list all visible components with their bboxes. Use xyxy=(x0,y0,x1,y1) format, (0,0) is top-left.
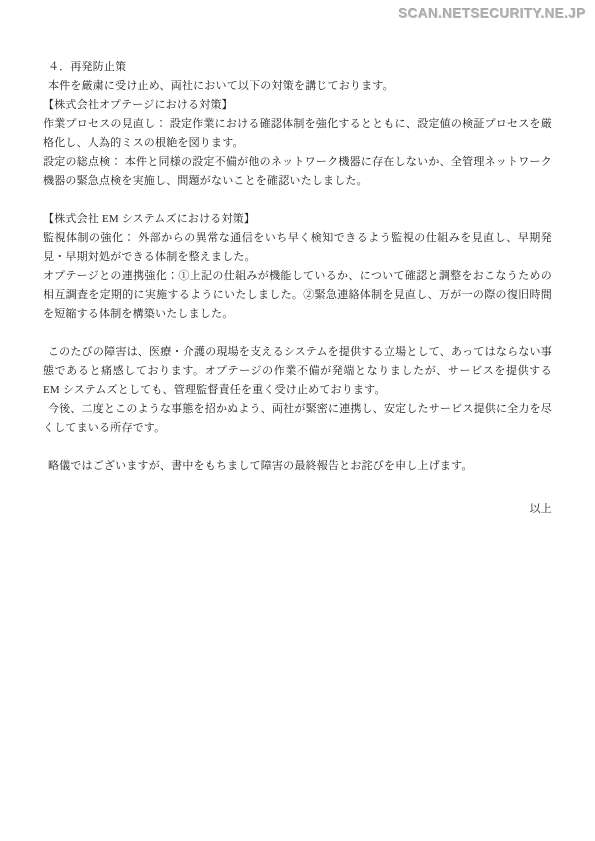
optage-measure-work-process: 作業プロセスの見直し： 設定作業における確認体制を強化するとともに、設定値の検証… xyxy=(43,115,552,153)
closing-paragraph-apology: このたびの障害は、医療・介護の現場を支えるシステムを提供する立場として、あっては… xyxy=(43,343,552,400)
closing-paragraph-commitment: 今後、二度とこのような事態を招かぬよう、両社が緊密に連携し、安定したサービス提供… xyxy=(43,400,552,438)
final-note: 略儀ではございますが、書中をもちまして障害の最終報告とお詫びを申し上げます。 xyxy=(43,457,552,476)
section-heading: ４．再発防止策 xyxy=(43,58,552,77)
document-body: ４．再発防止策 本件を厳粛に受け止め、両社において以下の対策を講じております。 … xyxy=(43,58,552,519)
intro-paragraph: 本件を厳粛に受け止め、両社において以下の対策を講じております。 xyxy=(43,77,552,96)
optage-measures-header: 【株式会社オプテージにおける対策】 xyxy=(43,96,552,115)
end-mark: 以上 xyxy=(43,500,552,519)
em-measure-monitoring: 監視体制の強化： 外部からの異常な通信をいち早く検知できるよう監視の仕組みを見直… xyxy=(43,229,552,267)
document-page: { "watermark": { "text": "SCAN.NETSECURI… xyxy=(0,0,595,841)
optage-measure-full-inspection: 設定の総点検： 本件と同様の設定不備が他のネットワーク機器に存在しないか、全管理… xyxy=(43,153,552,191)
em-measures-header: 【株式会社 EM システムズにおける対策】 xyxy=(43,210,552,229)
watermark: SCAN.NETSECURITY.NE.JP xyxy=(399,6,586,21)
em-measure-cooperation: オプテージとの連携強化：①上記の仕組みが機能しているか、について確認と調整をおこ… xyxy=(43,267,552,324)
